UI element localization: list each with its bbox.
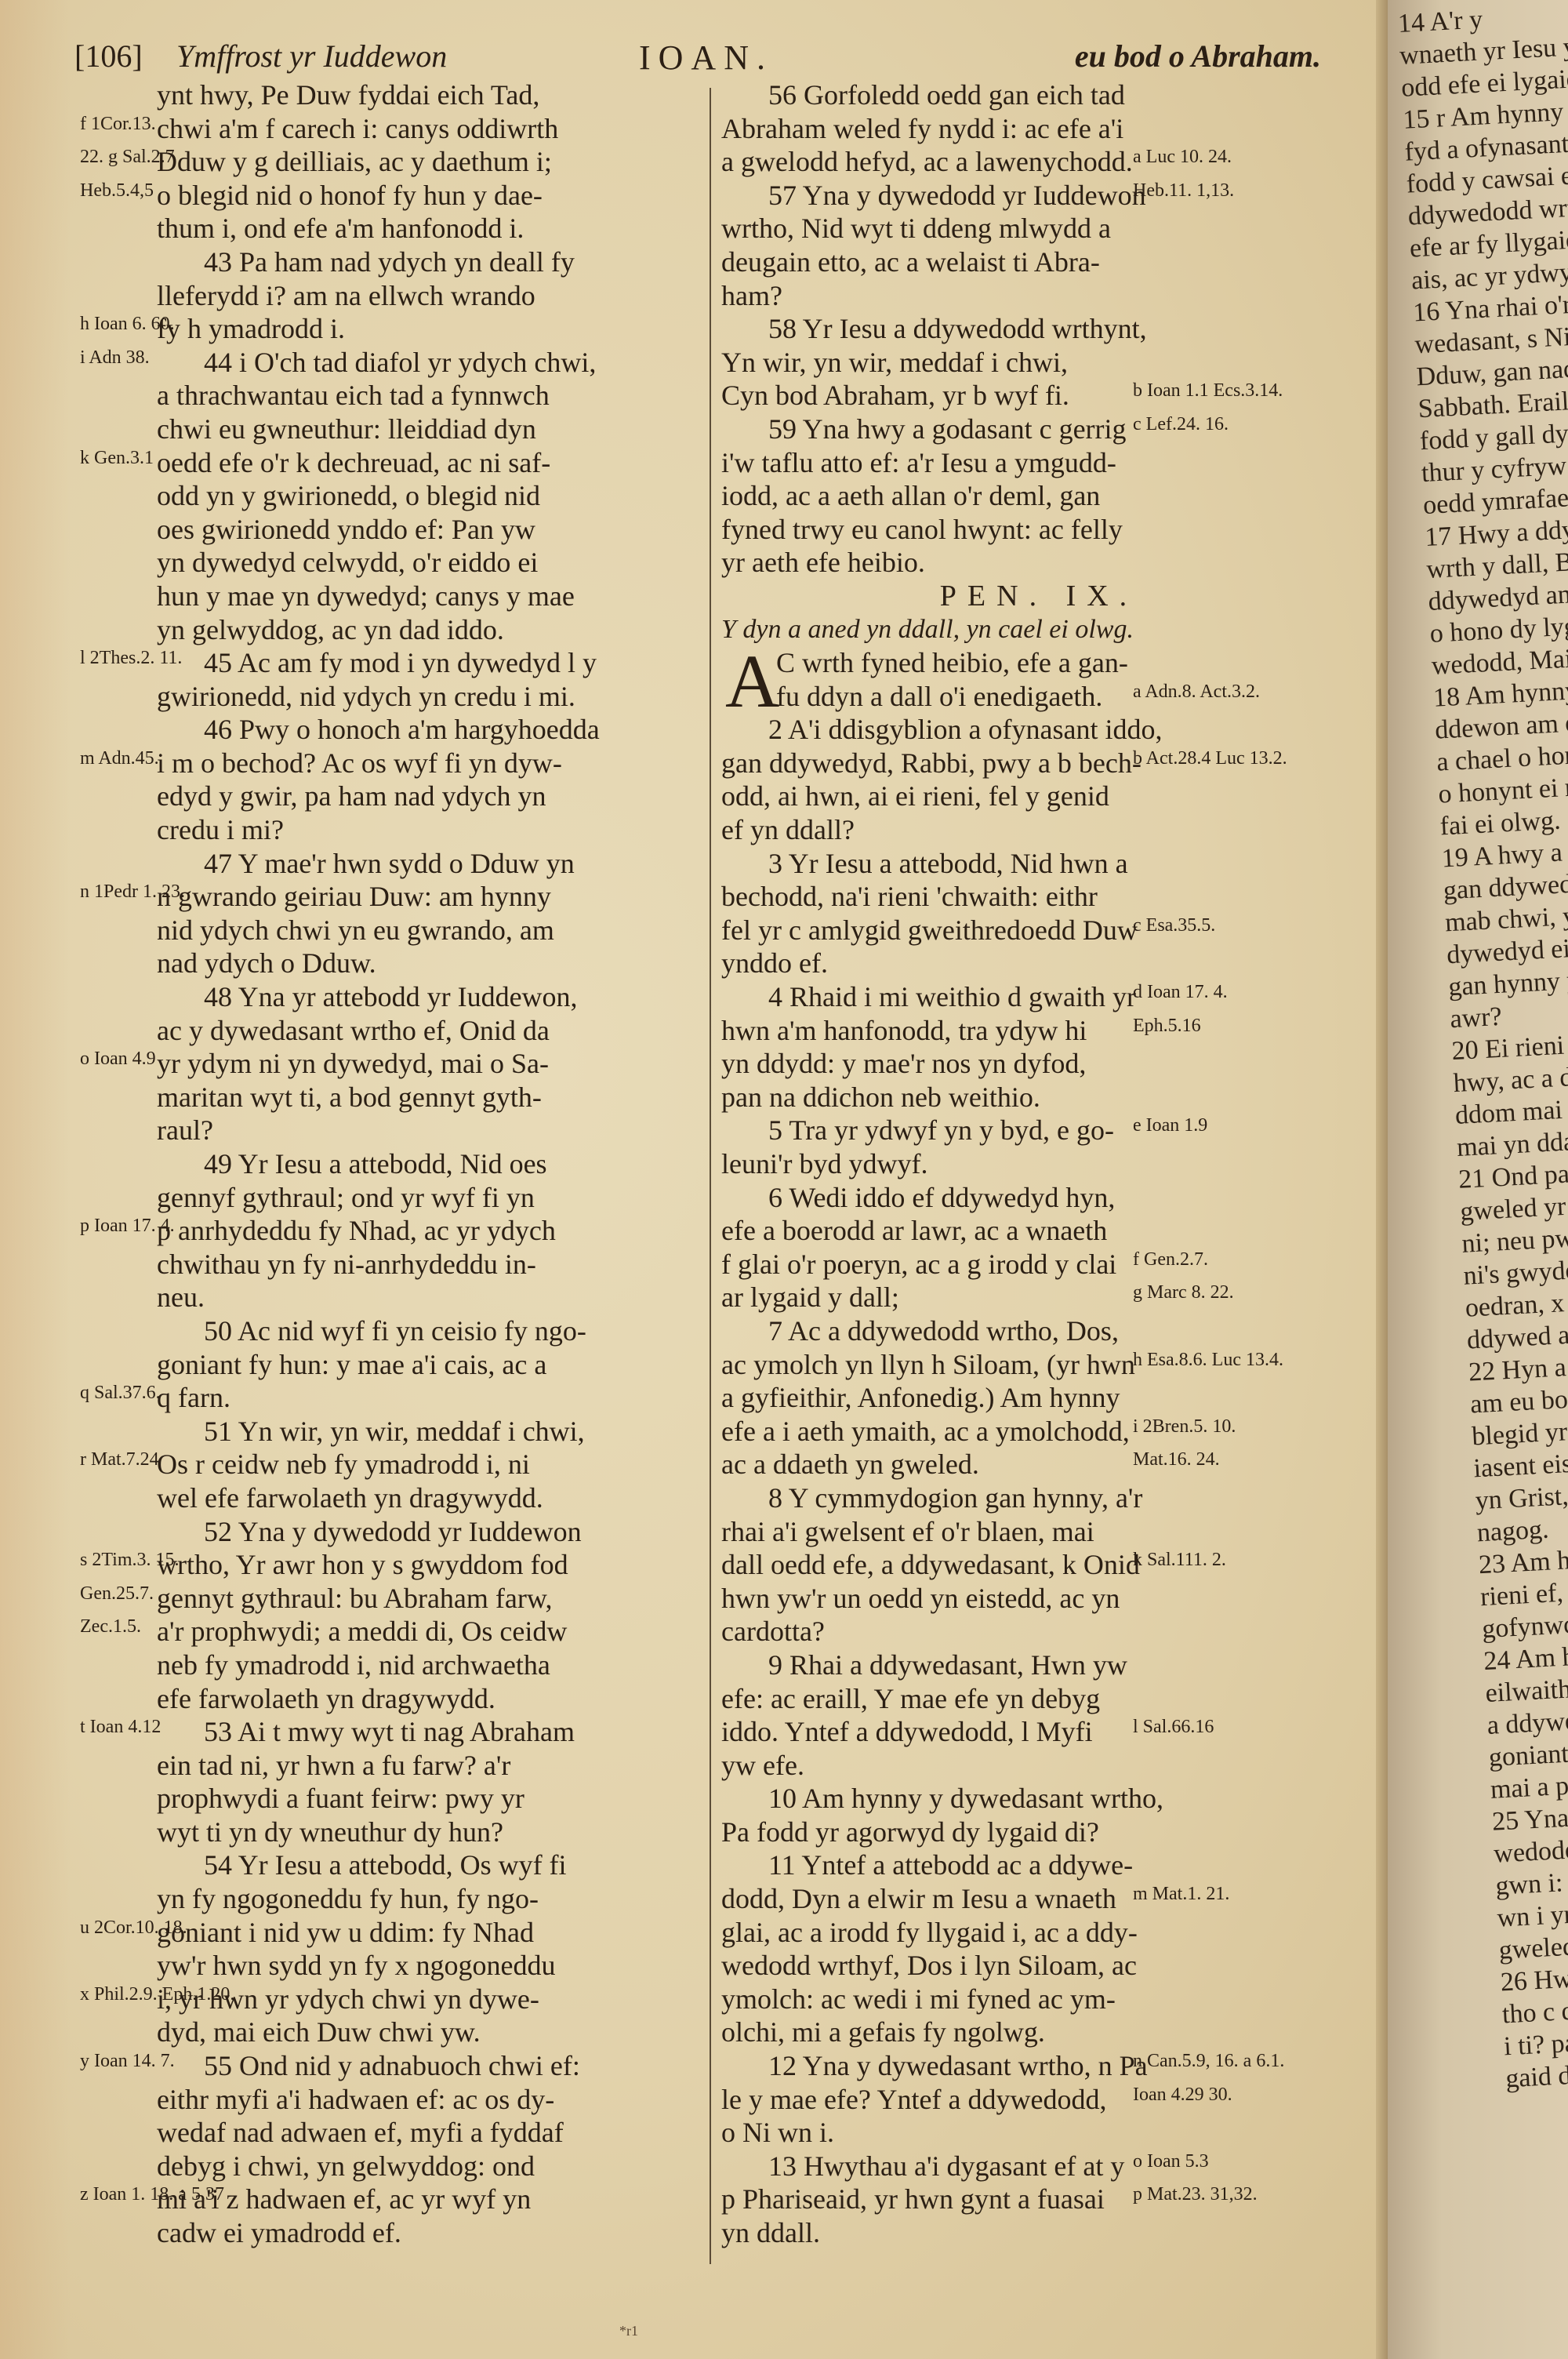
line-text: edyd y gwir, pa ham nad ydych yn <box>157 780 698 813</box>
line-text: cardotta? <box>721 1615 1129 1648</box>
text-line: efe a boerodd ar lawr, ac a wnaeth <box>710 1214 1368 1248</box>
text-line: glai, ac a irodd fy llygaid i, ac a ddy- <box>710 1916 1368 1950</box>
marginal-reference: k Gen.3.1 <box>80 446 158 470</box>
line-text: fy h ymadrodd i. <box>157 312 698 346</box>
line-text: efe farwolaeth yn dragywydd. <box>157 1682 698 1716</box>
line-text: chwi a'm f carech i: canys oddiwrth <box>157 112 698 146</box>
line-text: le y mae efe? Yntef a ddywedodd, <box>721 2083 1129 2117</box>
line-text: q farn. <box>157 1381 698 1415</box>
text-line: i, yr hwn yr ydych chwi yn dywe-x Phil.2… <box>0 1983 706 2016</box>
text-line: yn dywedyd celwydd, o'r eiddo ei <box>0 546 706 580</box>
text-line: 58 Yr Iesu a ddywedodd wrthynt, <box>710 312 1368 346</box>
line-text: a'r prophwydi; a meddi di, Os ceidw <box>157 1615 698 1648</box>
text-line: ymolch: ac wedi i mi fyned ac ym- <box>710 1983 1368 2016</box>
line-text: ham? <box>721 279 1129 313</box>
line-text: eithr myfi a'i hadwaen ef: ac os dy- <box>157 2083 698 2117</box>
marginal-reference: a Luc 10. 24. <box>1133 145 1258 169</box>
line-text: 12 Yna y dywedasant wrtho, n Pa <box>721 2049 1176 2083</box>
text-line: i m o bechod? Ac os wyf fi yn dyw-m Adn.… <box>0 747 706 780</box>
text-line: chwithau yn fy ni-anrhydeddu in- <box>0 1248 706 1281</box>
line-text: 10 Am hynny y dywedasant wrtho, <box>721 1782 1176 1816</box>
line-text: p anrhydeddu fy Nhad, ac yr ydych <box>157 1214 698 1248</box>
line-text: 59 Yna hwy a godasant c gerrig <box>721 413 1176 446</box>
text-line: 49 Yr Iesu a attebodd, Nid oes <box>0 1147 706 1181</box>
marginal-reference: Eph.5.16 <box>1133 1014 1258 1038</box>
text-line: 12 Yna y dywedasant wrtho, n Pan Can.5.9… <box>710 2049 1368 2083</box>
text-line: yr ydym ni yn dywedyd, mai o Sa-o Ioan 4… <box>0 1047 706 1081</box>
text-line: 48 Yna yr attebodd yr Iuddewon, <box>0 980 706 1014</box>
line-text: iddo. Yntef a ddywedodd, l Myfi <box>721 1715 1129 1749</box>
text-line: ac a ddaeth yn gweled.Mat.16. 24. <box>710 1448 1368 1481</box>
text-line: cadw ei ymadrodd ef. <box>0 2216 706 2250</box>
text-line: oedd efe o'r k dechreuad, ac ni saf-k Ge… <box>0 446 706 480</box>
line-text: olchi, mi a gefais fy ngolwg. <box>721 2016 1129 2049</box>
text-line: ef yn ddall? <box>710 813 1368 847</box>
line-text: chwi eu gwneuthur: lleiddiad dyn <box>157 413 698 446</box>
right-column: 56 Gorfoledd oedd gan eich tadAbraham we… <box>710 78 1368 2250</box>
line-text: neb fy ymadrodd i, nid archwaetha <box>157 1648 698 1682</box>
line-text: f glai o'r poeryn, ac a g irodd y clai <box>721 1248 1129 1281</box>
line-text: gwirionedd, nid ydych yn credu i mi. <box>157 680 698 714</box>
signature-mark: *r1 <box>619 2323 638 2339</box>
text-line: 51 Yn wir, yn wir, meddaf i chwi, <box>0 1415 706 1448</box>
line-text: ynddo ef. <box>721 947 1129 980</box>
text-line: efe farwolaeth yn dragywydd. <box>0 1682 706 1716</box>
marginal-reference: 22. g Sal.2.7 <box>80 145 158 169</box>
text-line: goniant i nid yw u ddim: fy Nhadu 2Cor.1… <box>0 1916 706 1950</box>
text-line: o blegid nid o honof fy hun y dae-Heb.5.… <box>0 179 706 213</box>
line-text: Cyn bod Abraham, yr b wyf fi. <box>721 379 1129 413</box>
line-text: hwn a'm hanfonodd, tra ydyw hi <box>721 1014 1129 1048</box>
text-line: ynddo ef. <box>710 947 1368 980</box>
line-text: i'w taflu atto ef: a'r Iesu a ymgudd- <box>721 446 1129 480</box>
text-line: odd, ai hwn, ai ei rieni, fel y genid <box>710 780 1368 813</box>
text-line: fyned trwy eu canol hwynt: ac felly <box>710 513 1368 547</box>
text-line: yw'r hwn sydd yn fy x ngogoneddu <box>0 1949 706 1983</box>
line-text: 7 Ac a ddywedodd wrtho, Dos, <box>721 1314 1176 1348</box>
text-line: 6 Wedi iddo ef ddywedyd hyn, <box>710 1181 1368 1215</box>
line-text: ac y dywedasant wrtho ef, Onid da <box>157 1014 698 1048</box>
marginal-reference: p Ioan 17. 4. <box>80 1214 158 1238</box>
text-line: f glai o'r poeryn, ac a g irodd y claif … <box>710 1248 1368 1281</box>
line-text: lleferydd i? am na ellwch wrando <box>157 279 698 313</box>
text-line: p Phariseaid, yr hwn gynt a fuasaip Mat.… <box>710 2183 1368 2216</box>
text-line: iodd, ac a aeth allan o'r deml, gan <box>710 479 1368 513</box>
line-text: 8 Y cymmydogion gan hynny, a'r <box>721 1481 1176 1515</box>
line-text: wrtho, Nid wyt ti ddeng mlwydd a <box>721 212 1129 245</box>
marginal-reference: i 2Bren.5. 10. <box>1133 1415 1258 1438</box>
line-text: yw efe. <box>721 1749 1129 1783</box>
text-line: edyd y gwir, pa ham nad ydych yn <box>0 780 706 813</box>
next-page-lines: 14 A'r ywnaeth yr Iesu y clodd efe ei ly… <box>1397 0 1568 2095</box>
text-line: 59 Yna hwy a godasant c gerrigc Lef.24. … <box>710 413 1368 446</box>
line-text: 57 Yna y dywedodd yr Iuddewon <box>721 179 1176 213</box>
text-line: gan ddywedyd, Rabbi, pwy a b bech-b Act.… <box>710 747 1368 780</box>
book-title: IOAN. <box>639 38 773 78</box>
line-text: 44 i O'ch tad diafol yr ydych chwi, <box>157 346 745 380</box>
line-text: leuni'r byd ydwyf. <box>721 1147 1129 1181</box>
text-line: 13 Hwythau a'i dygasant ef at yo Ioan 5.… <box>710 2150 1368 2183</box>
text-line: 50 Ac nid wyf fi yn ceisio fy ngo- <box>0 1314 706 1348</box>
line-text: pan na ddichon neb weithio. <box>721 1081 1129 1114</box>
text-line: oes gwirionedd ynddo ef: Pan yw <box>0 513 706 547</box>
text-line: eithr myfi a'i hadwaen ef: ac os dy- <box>0 2083 706 2117</box>
text-line: a thrachwantau eich tad a fynnwch <box>0 379 706 413</box>
text-line: n gwrando geiriau Duw: am hynnyn 1Pedr 1… <box>0 880 706 914</box>
line-text: 51 Yn wir, yn wir, meddaf i chwi, <box>157 1415 745 1448</box>
marginal-reference: n Can.5.9, 16. a 6.1. <box>1133 2049 1258 2073</box>
text-line: gennyt gythraul: bu Abraham farw,Gen.25.… <box>0 1582 706 1616</box>
text-line: rhai a'i gwelsent ef o'r blaen, mai <box>710 1515 1368 1549</box>
text-line: 47 Y mae'r hwn sydd o Dduw yn <box>0 847 706 881</box>
line-text: 55 Ond nid y adnabuoch chwi ef: <box>157 2049 745 2083</box>
line-text: goniant i nid yw u ddim: fy Nhad <box>157 1916 698 1950</box>
text-line: leuni'r byd ydwyf. <box>710 1147 1368 1181</box>
text-line: mi a'i z hadwaen ef, ac yr wyf ynz Ioan … <box>0 2183 706 2216</box>
text-line: Pa fodd yr agorwyd dy lygaid di? <box>710 1816 1368 1849</box>
marginal-reference: z Ioan 1. 18. a 5.37 <box>80 2183 158 2206</box>
line-text: nad ydych o Dduw. <box>157 947 698 980</box>
text-line: q farn.q Sal.37.6. <box>0 1381 706 1415</box>
line-text: ymolch: ac wedi i mi fyned ac ym- <box>721 1983 1129 2016</box>
marginal-reference: b Act.28.4 Luc 13.2. <box>1133 747 1258 770</box>
line-text: yn ddall. <box>721 2216 1129 2250</box>
text-line: goniant fy hun: y mae a'i cais, ac a <box>0 1348 706 1382</box>
line-text: 6 Wedi iddo ef ddywedyd hyn, <box>721 1181 1176 1215</box>
marginal-reference: i Adn 38. <box>80 346 158 369</box>
text-line: lleferydd i? am na ellwch wrando <box>0 279 706 313</box>
line-text: Pa fodd yr agorwyd dy lygaid di? <box>721 1816 1129 1849</box>
text-line: wrtho, Nid wyt ti ddeng mlwydd a <box>710 212 1368 245</box>
line-text: oedd efe o'r k dechreuad, ac ni saf- <box>157 446 698 480</box>
running-header: [106] Ymffrost yr Iuddewon IOAN. eu bod … <box>74 38 1321 77</box>
line-text: 11 Yntef a attebodd ac a ddywe- <box>721 1848 1176 1882</box>
text-line: 45 Ac am fy mod i yn dywedyd l yl 2Thes.… <box>0 646 706 680</box>
verses-after-chapter: A C wrth fyned heibio, efe a gan-fu ddyn… <box>710 646 1368 2250</box>
text-line: cardotta? <box>710 1615 1368 1648</box>
marginal-reference: o Ioan 5.3 <box>1133 2150 1258 2173</box>
line-text: Abraham weled fy nydd i: ac efe a'i <box>721 112 1129 146</box>
chapter-heading: PEN. IX. <box>710 580 1368 613</box>
line-text: o Ni wn i. <box>721 2116 1129 2150</box>
text-line: 8 Y cymmydogion gan hynny, a'r <box>710 1481 1368 1515</box>
text-line: wedodd wrthyf, Dos i lyn Siloam, ac <box>710 1949 1368 1983</box>
text-line: a gyfieithir, Anfonedig.) Am hynny <box>710 1381 1368 1415</box>
text-line: odd yn y gwirionedd, o blegid nid <box>0 479 706 513</box>
line-text: 45 Ac am fy mod i yn dywedyd l y <box>157 646 745 680</box>
line-text: maritan wyt ti, a bod gennyt gyth- <box>157 1081 698 1114</box>
marginal-reference: x Phil.2.9. Eph.1.20. <box>80 1983 158 2006</box>
text-line: chwi a'm f carech i: canys oddiwrthf 1Co… <box>0 112 706 146</box>
line-text: glai, ac a irodd fy llygaid i, ac a ddy- <box>721 1916 1129 1950</box>
text-line: debyg i chwi, yn gelwyddog: ond <box>0 2150 706 2183</box>
line-text: yn ddydd: y mae'r nos yn dyfod, <box>721 1047 1129 1081</box>
text-line: 4 Rhaid i mi weithio d gwaith yrd Ioan 1… <box>710 980 1368 1014</box>
text-line: neb fy ymadrodd i, nid archwaetha <box>0 1648 706 1682</box>
text-line: wedaf nad adwaen ef, myfi a fyddaf <box>0 2116 706 2150</box>
line-text: o blegid nid o honof fy hun y dae- <box>157 179 698 213</box>
text-line: C wrth fyned heibio, efe a gan- <box>710 646 1368 680</box>
line-text: dodd, Dyn a elwir m Iesu a wnaeth <box>721 1882 1129 1916</box>
line-text: rhai a'i gwelsent ef o'r blaen, mai <box>721 1515 1129 1549</box>
line-text: wedodd wrthyf, Dos i lyn Siloam, ac <box>721 1949 1129 1983</box>
text-line: pan na ddichon neb weithio. <box>710 1081 1368 1114</box>
line-text: C wrth fyned heibio, efe a gan- <box>721 646 1184 680</box>
chapter-summary-text: Y dyn a aned yn ddall, yn cael ei olwg. <box>721 613 1129 647</box>
marginal-reference: m Adn.45. <box>80 747 158 770</box>
text-line: 46 Pwy o honoch a'm hargyhoedda <box>0 713 706 747</box>
marginal-reference: Heb.5.4,5 <box>80 179 158 202</box>
text-line: 7 Ac a ddywedodd wrtho, Dos, <box>710 1314 1368 1348</box>
line-text: n gwrando geiriau Duw: am hynny <box>157 880 698 914</box>
left-page: [106] Ymffrost yr Iuddewon IOAN. eu bod … <box>0 0 1376 2359</box>
line-text: efe a boerodd ar lawr, ac a wnaeth <box>721 1214 1129 1248</box>
text-line: iddo. Yntef a ddywedodd, l Myfil Sal.66.… <box>710 1715 1368 1749</box>
text-line: Os r ceidw neb fy ymadrodd i, nir Mat.7.… <box>0 1448 706 1481</box>
line-text: ef yn ddall? <box>721 813 1129 847</box>
line-text: raul? <box>157 1114 698 1147</box>
line-text: 5 Tra yr ydwyf yn y byd, e go- <box>721 1114 1176 1147</box>
marginal-reference: c Lef.24. 16. <box>1133 413 1258 436</box>
marginal-reference: l 2Thes.2. 11. <box>80 646 158 670</box>
line-text: 56 Gorfoledd oedd gan eich tad <box>721 78 1176 112</box>
line-text: fel yr c amlygid gweithredoedd Duw <box>721 914 1129 947</box>
text-line: fel yr c amlygid gweithredoedd Duwc Esa.… <box>710 914 1368 947</box>
marginal-reference: g Marc 8. 22. <box>1133 1281 1258 1304</box>
line-text: yw'r hwn sydd yn fy x ngogoneddu <box>157 1949 698 1983</box>
line-text: yn fy ngogoneddu fy hun, fy ngo- <box>157 1882 698 1916</box>
marginal-reference: t Ioan 4.12 <box>80 1715 158 1739</box>
text-line: raul? <box>0 1114 706 1147</box>
line-text: ac ymolch yn llyn h Siloam, (yr hwn <box>721 1348 1129 1382</box>
line-text: p Phariseaid, yr hwn gynt a fuasai <box>721 2183 1129 2216</box>
text-line: 43 Pa ham nad ydych yn deall fy <box>0 245 706 279</box>
marginal-reference: Ioan 4.29 30. <box>1133 2083 1258 2106</box>
text-line: p anrhydeddu fy Nhad, ac yr ydychp Ioan … <box>0 1214 706 1248</box>
line-text: 3 Yr Iesu a attebodd, Nid hwn a <box>721 847 1176 881</box>
text-line: yn fy ngogoneddu fy hun, fy ngo- <box>0 1882 706 1916</box>
marginal-reference: d Ioan 17. 4. <box>1133 980 1258 1004</box>
verses-before-chapter: 56 Gorfoledd oedd gan eich tadAbraham we… <box>710 78 1368 580</box>
line-text: 54 Yr Iesu a attebodd, Os wyf fi <box>157 1848 745 1882</box>
text-line: Dduw y g deilliais, ac y daethum i;22. g… <box>0 145 706 179</box>
marginal-reference: f Gen.2.7. <box>1133 1248 1258 1271</box>
text-line: efe a i aeth ymaith, ac a ymolchodd,i 2B… <box>710 1415 1368 1448</box>
marginal-reference: q Sal.37.6. <box>80 1381 158 1405</box>
line-text: hun y mae yn dywedyd; canys y mae <box>157 580 698 613</box>
text-line: fu ddyn a dall o'i enedigaeth.a Adn.8. A… <box>710 680 1368 714</box>
line-text: dall oedd efe, a ddywedasant, k Onid <box>721 1548 1129 1582</box>
line-text: fu ddyn a dall o'i enedigaeth. <box>721 680 1184 714</box>
text-line: chwi eu gwneuthur: lleiddiad dyn <box>0 413 706 446</box>
text-line: 52 Yna y dywedodd yr Iuddewon <box>0 1515 706 1549</box>
text-line: wel efe farwolaeth yn dragywydd. <box>0 1481 706 1515</box>
line-text: 52 Yna y dywedodd yr Iuddewon <box>157 1515 745 1549</box>
marginal-reference: k Sal.111. 2. <box>1133 1548 1258 1572</box>
text-line: neu. <box>0 1281 706 1314</box>
text-line: olchi, mi a gefais fy ngolwg. <box>710 2016 1368 2049</box>
marginal-reference: r Mat.7.24 <box>80 1448 158 1471</box>
marginal-reference: n 1Pedr 1. 23. <box>80 880 158 903</box>
line-text: 4 Rhaid i mi weithio d gwaith yr <box>721 980 1176 1014</box>
marginal-reference: y Ioan 14. 7. <box>80 2049 158 2073</box>
marginal-reference: s 2Tim.3. 15. <box>80 1548 158 1572</box>
text-line: hwn a'm hanfonodd, tra ydyw hiEph.5.16 <box>710 1014 1368 1048</box>
text-line: dodd, Dyn a elwir m Iesu a wnaethm Mat.1… <box>710 1882 1368 1916</box>
line-text: ar lygaid y dall; <box>721 1281 1129 1314</box>
text-line: ein tad ni, yr hwn a fu farw? a'r <box>0 1749 706 1783</box>
line-text: 43 Pa ham nad ydych yn deall fy <box>157 245 745 279</box>
text-line: 9 Rhai a ddywedasant, Hwn yw <box>710 1648 1368 1682</box>
marginal-reference: f 1Cor.13. <box>80 112 158 136</box>
marginal-reference: l Sal.66.16 <box>1133 1715 1258 1739</box>
text-line: dyd, mai eich Duw chwi yw. <box>0 2016 706 2049</box>
line-text: odd, ai hwn, ai ei rieni, fel y genid <box>721 780 1129 813</box>
line-text: yr ydym ni yn dywedyd, mai o Sa- <box>157 1047 698 1081</box>
line-text: Yn wir, yn wir, meddaf i chwi, <box>721 346 1129 380</box>
text-line: 5 Tra yr ydwyf yn y byd, e go-e Ioan 1.9 <box>710 1114 1368 1147</box>
line-text: wel efe farwolaeth yn dragywydd. <box>157 1481 698 1515</box>
line-text: wrtho, Yr awr hon y s gwyddom fod <box>157 1548 698 1582</box>
text-line: i'w taflu atto ef: a'r Iesu a ymgudd- <box>710 446 1368 480</box>
text-line: nid ydych chwi yn eu gwrando, am <box>0 914 706 947</box>
line-text: odd yn y gwirionedd, o blegid nid <box>157 479 698 513</box>
text-line: ac y dywedasant wrtho ef, Onid da <box>0 1014 706 1048</box>
text-line: hwn yw'r un oedd yn eistedd, ac yn <box>710 1582 1368 1616</box>
line-text: Dduw y g deilliais, ac y daethum i; <box>157 145 698 179</box>
text-line: 56 Gorfoledd oedd gan eich tad <box>710 78 1368 112</box>
text-line: bechodd, na'i rieni 'chwaith: eithr <box>710 880 1368 914</box>
line-text: chwithau yn fy ni-anrhydeddu in- <box>157 1248 698 1281</box>
line-text: 47 Y mae'r hwn sydd o Dduw yn <box>157 847 745 881</box>
text-line: hun y mae yn dywedyd; canys y mae <box>0 580 706 613</box>
text-line: yw efe. <box>710 1749 1368 1783</box>
marginal-reference: e Ioan 1.9 <box>1133 1114 1258 1137</box>
line-text: yn dywedyd celwydd, o'r eiddo ei <box>157 546 698 580</box>
line-text: nid ydych chwi yn eu gwrando, am <box>157 914 698 947</box>
text-line: 3 Yr Iesu a attebodd, Nid hwn a <box>710 847 1368 881</box>
text-line: gwirionedd, nid ydych yn credu i mi. <box>0 680 706 714</box>
text-line: ac ymolch yn llyn h Siloam, (yr hwnh Esa… <box>710 1348 1368 1382</box>
line-text: goniant fy hun: y mae a'i cais, ac a <box>157 1348 698 1382</box>
text-line: credu i mi? <box>0 813 706 847</box>
line-text: dyd, mai eich Duw chwi yw. <box>157 2016 698 2049</box>
line-text: 46 Pwy o honoch a'm hargyhoedda <box>157 713 745 747</box>
line-text: ynt hwy, Pe Duw fyddai eich Tad, <box>157 78 698 112</box>
text-line: maritan wyt ti, a bod gennyt gyth- <box>0 1081 706 1114</box>
next-page-fragment: 14 A'r ywnaeth yr Iesu y clodd efe ei ly… <box>1388 0 1568 2359</box>
text-line: 57 Yna y dywedodd yr IuddewonHeb.11. 1,1… <box>710 179 1368 213</box>
line-text: 49 Yr Iesu a attebodd, Nid oes <box>157 1147 745 1181</box>
marginal-reference: h Esa.8.6. Luc 13.4. <box>1133 1348 1258 1372</box>
marginal-reference: a Adn.8. Act.3.2. <box>1133 680 1258 703</box>
text-line: a'r prophwydi; a meddi di, Os ceidwZec.1… <box>0 1615 706 1648</box>
line-text: efe a i aeth ymaith, ac a ymolchodd, <box>721 1415 1129 1448</box>
line-text: hwn yw'r un oedd yn eistedd, ac yn <box>721 1582 1129 1616</box>
text-line: 44 i O'ch tad diafol yr ydych chwi,i Adn… <box>0 346 706 380</box>
line-text: ac a ddaeth yn gweled. <box>721 1448 1129 1481</box>
marginal-reference: m Mat.1. 21. <box>1133 1882 1258 1906</box>
line-text: a thrachwantau eich tad a fynnwch <box>157 379 698 413</box>
line-text: gan ddywedyd, Rabbi, pwy a b bech- <box>721 747 1129 780</box>
line-text: gennyt gythraul: bu Abraham farw, <box>157 1582 698 1616</box>
line-text: 58 Yr Iesu a ddywedodd wrthynt, <box>721 312 1176 346</box>
line-text: 50 Ac nid wyf fi yn ceisio fy ngo- <box>157 1314 745 1348</box>
text-line: ynt hwy, Pe Duw fyddai eich Tad, <box>0 78 706 112</box>
line-text: wyt ti yn dy wneuthur dy hun? <box>157 1816 698 1849</box>
text-line: 54 Yr Iesu a attebodd, Os wyf fi <box>0 1848 706 1882</box>
line-text: yr aeth efe heibio. <box>721 546 1129 580</box>
line-text: 9 Rhai a ddywedasant, Hwn yw <box>721 1648 1176 1682</box>
chapter-summary: Y dyn a aned yn ddall, yn cael ei olwg. <box>710 613 1368 647</box>
marginal-reference: u 2Cor.10. 18. <box>80 1916 158 1939</box>
text-line: o Ni wn i. <box>710 2116 1368 2150</box>
line-text: bechodd, na'i rieni 'chwaith: eithr <box>721 880 1129 914</box>
line-text: i, yr hwn yr ydych chwi yn dywe- <box>157 1983 698 2016</box>
line-text: cadw ei ymadrodd ef. <box>157 2216 698 2250</box>
text-line: ar lygaid y dall;g Marc 8. 22. <box>710 1281 1368 1314</box>
line-text: 13 Hwythau a'i dygasant ef at y <box>721 2150 1176 2183</box>
text-line: Cyn bod Abraham, yr b wyf fi.b Ioan 1.1 … <box>710 379 1368 413</box>
text-line: wyt ti yn dy wneuthur dy hun? <box>0 1816 706 1849</box>
line-text: prophwydi a fuant feirw: pwy yr <box>157 1782 698 1816</box>
line-text: fyned trwy eu canol hwynt: ac felly <box>721 513 1129 547</box>
text-line: le y mae efe? Yntef a ddywedodd,Ioan 4.2… <box>710 2083 1368 2117</box>
marginal-reference: Mat.16. 24. <box>1133 1448 1258 1471</box>
line-text: iodd, ac a aeth allan o'r deml, gan <box>721 479 1129 513</box>
text-line: 11 Yntef a attebodd ac a ddywe- <box>710 1848 1368 1882</box>
text-line: efe: ac eraill, Y mae efe yn debyg <box>710 1682 1368 1716</box>
line-text: 48 Yna yr attebodd yr Iuddewon, <box>157 980 745 1014</box>
page-number: [106] <box>74 38 143 75</box>
line-text: efe: ac eraill, Y mae efe yn debyg <box>721 1682 1129 1716</box>
left-column: ynt hwy, Pe Duw fyddai eich Tad,chwi a'm… <box>0 78 706 2250</box>
text-line: yn gelwyddog, ac yn dad iddo. <box>0 613 706 647</box>
line-text: deugain etto, ac a welaist ti Abra- <box>721 245 1129 279</box>
line-text: i m o bechod? Ac os wyf fi yn dyw- <box>157 747 698 780</box>
text-line: gennyf gythraul; ond yr wyf fi yn <box>0 1181 706 1215</box>
line-text: mi a'i z hadwaen ef, ac yr wyf yn <box>157 2183 698 2216</box>
line-text: a gwelodd hefyd, ac a lawenychodd. <box>721 145 1129 179</box>
marginal-reference: Gen.25.7. <box>80 1582 158 1605</box>
text-line: Abraham weled fy nydd i: ac efe a'i <box>710 112 1368 146</box>
text-line: dall oedd efe, a ddywedasant, k Onidk Sa… <box>710 1548 1368 1582</box>
line-text: wedaf nad adwaen ef, myfi a fyddaf <box>157 2116 698 2150</box>
text-line: prophwydi a fuant feirw: pwy yr <box>0 1782 706 1816</box>
right-running-title: eu bod o Abraham. <box>1075 38 1321 75</box>
text-line: yr aeth efe heibio. <box>710 546 1368 580</box>
line-text: a gyfieithir, Anfonedig.) Am hynny <box>721 1381 1129 1415</box>
text-line: a gwelodd hefyd, ac a lawenychodd.a Luc … <box>710 145 1368 179</box>
text-line: fy h ymadrodd i.h Ioan 6. 60. <box>0 312 706 346</box>
marginal-reference: o Ioan 4.9 <box>80 1047 158 1070</box>
chapter-heading-text: PEN. IX. <box>940 580 1138 612</box>
line-text: credu i mi? <box>157 813 698 847</box>
marginal-reference: b Ioan 1.1 Ecs.3.14. <box>1133 379 1258 402</box>
left-running-title: Ymffrost yr Iuddewon <box>176 38 447 75</box>
line-text: yn gelwyddog, ac yn dad iddo. <box>157 613 698 647</box>
line-text: neu. <box>157 1281 698 1314</box>
text-line: thum i, ond efe a'm hanfonodd i. <box>0 212 706 245</box>
text-line: 55 Ond nid y adnabuoch chwi ef:y Ioan 14… <box>0 2049 706 2083</box>
text-line: 53 Ai t mwy wyt ti nag Abrahamt Ioan 4.1… <box>0 1715 706 1749</box>
text-line: yn ddydd: y mae'r nos yn dyfod, <box>710 1047 1368 1081</box>
marginal-reference: h Ioan 6. 60. <box>80 312 158 336</box>
marginal-reference: Zec.1.5. <box>80 1615 158 1638</box>
text-line: deugain etto, ac a welaist ti Abra- <box>710 245 1368 279</box>
line-text: ein tad ni, yr hwn a fu farw? a'r <box>157 1749 698 1783</box>
line-text: 2 A'i ddisgyblion a ofynasant iddo, <box>721 713 1176 747</box>
